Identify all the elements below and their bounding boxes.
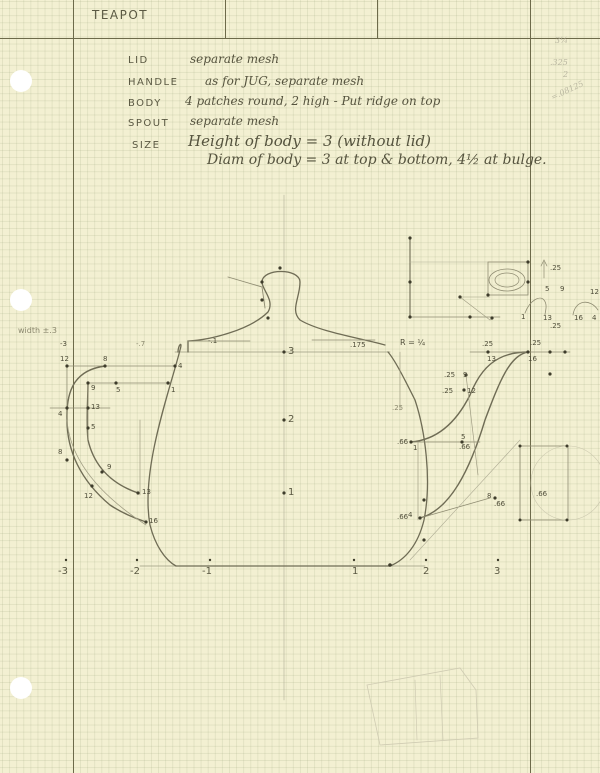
spout-label: 5 <box>461 433 465 441</box>
spout-label: 16 <box>528 355 537 363</box>
annotation-lid-box-arrow: .25 <box>550 264 561 272</box>
annotation-spout-inner-b: .25 <box>442 387 453 395</box>
handle-label: 16 <box>149 517 158 525</box>
annotation-handle-width: width ±.3 <box>18 326 57 335</box>
handle-label: 5 <box>116 386 120 394</box>
handle-label: 5 <box>91 423 95 431</box>
annotation-side-box: .66 <box>536 490 547 498</box>
handle-label: 12 <box>84 492 93 500</box>
annotation-spout-top-b: .25 <box>530 339 541 347</box>
spout-tip-label: 1 <box>521 313 525 321</box>
handle-label: 1 <box>171 386 175 394</box>
annotation-rim: .175 <box>350 341 366 349</box>
handle-label: 13 <box>91 403 100 411</box>
annotation-spout-8: .66 <box>494 500 505 508</box>
annotation-rim-offset: .25 <box>392 404 403 412</box>
annotation-handle-top: -3 <box>60 340 67 348</box>
annotation-spout-root-top: .66 <box>397 438 408 446</box>
spout-tip-label: 16 <box>574 314 583 322</box>
spout-tip-label: 13 <box>543 314 552 322</box>
handle-label: 13 <box>142 488 151 496</box>
spout-tip-label: 4 <box>592 314 596 322</box>
spout-label: 1 <box>413 444 417 452</box>
annotation-spout-inner-a: .25 <box>444 371 455 379</box>
x-tick-1: 1 <box>352 566 358 577</box>
annotation-spout-top-a: .25 <box>482 340 493 348</box>
annotation-lid-offset: -.7 <box>136 340 145 348</box>
y-tick-2: 2 <box>288 414 294 425</box>
spout-label: 8 <box>487 492 491 500</box>
handle-label: 4 <box>178 362 182 370</box>
handle-label: 9 <box>91 384 95 392</box>
y-tick-3: 3 <box>288 346 294 357</box>
spout-label: 4 <box>408 511 412 519</box>
spout-label: 13 <box>487 355 496 363</box>
spout-label: 12 <box>467 387 476 395</box>
annotation-lid-small: -.1 <box>208 337 217 345</box>
handle-label: 4 <box>58 410 62 418</box>
handle-label: 8 <box>103 355 107 363</box>
y-tick-1: 1 <box>288 487 294 498</box>
spout-label: 9 <box>463 371 467 379</box>
annotation-rim-radius: R = ¼ <box>400 338 425 347</box>
x-tick-neg2: -2 <box>130 566 140 577</box>
x-tick-neg1: -1 <box>202 566 212 577</box>
spout-tip-label: 12 <box>590 288 599 296</box>
x-tick-3: 3 <box>494 566 500 577</box>
handle-label: 9 <box>107 463 111 471</box>
spout-tip-label: 5 <box>545 285 549 293</box>
annotation-spout-root-bottom: .66 <box>397 513 408 521</box>
annotation-lid-box-small: .25 <box>550 322 561 330</box>
x-tick-2: 2 <box>423 566 429 577</box>
handle-label: 12 <box>60 355 69 363</box>
spout-tip-label: 9 <box>560 285 564 293</box>
annotation-spout-mid: .66 <box>459 443 470 451</box>
x-tick-neg3: -3 <box>58 566 68 577</box>
handle-label: 8 <box>58 448 62 456</box>
teapot-drawing <box>0 0 600 773</box>
